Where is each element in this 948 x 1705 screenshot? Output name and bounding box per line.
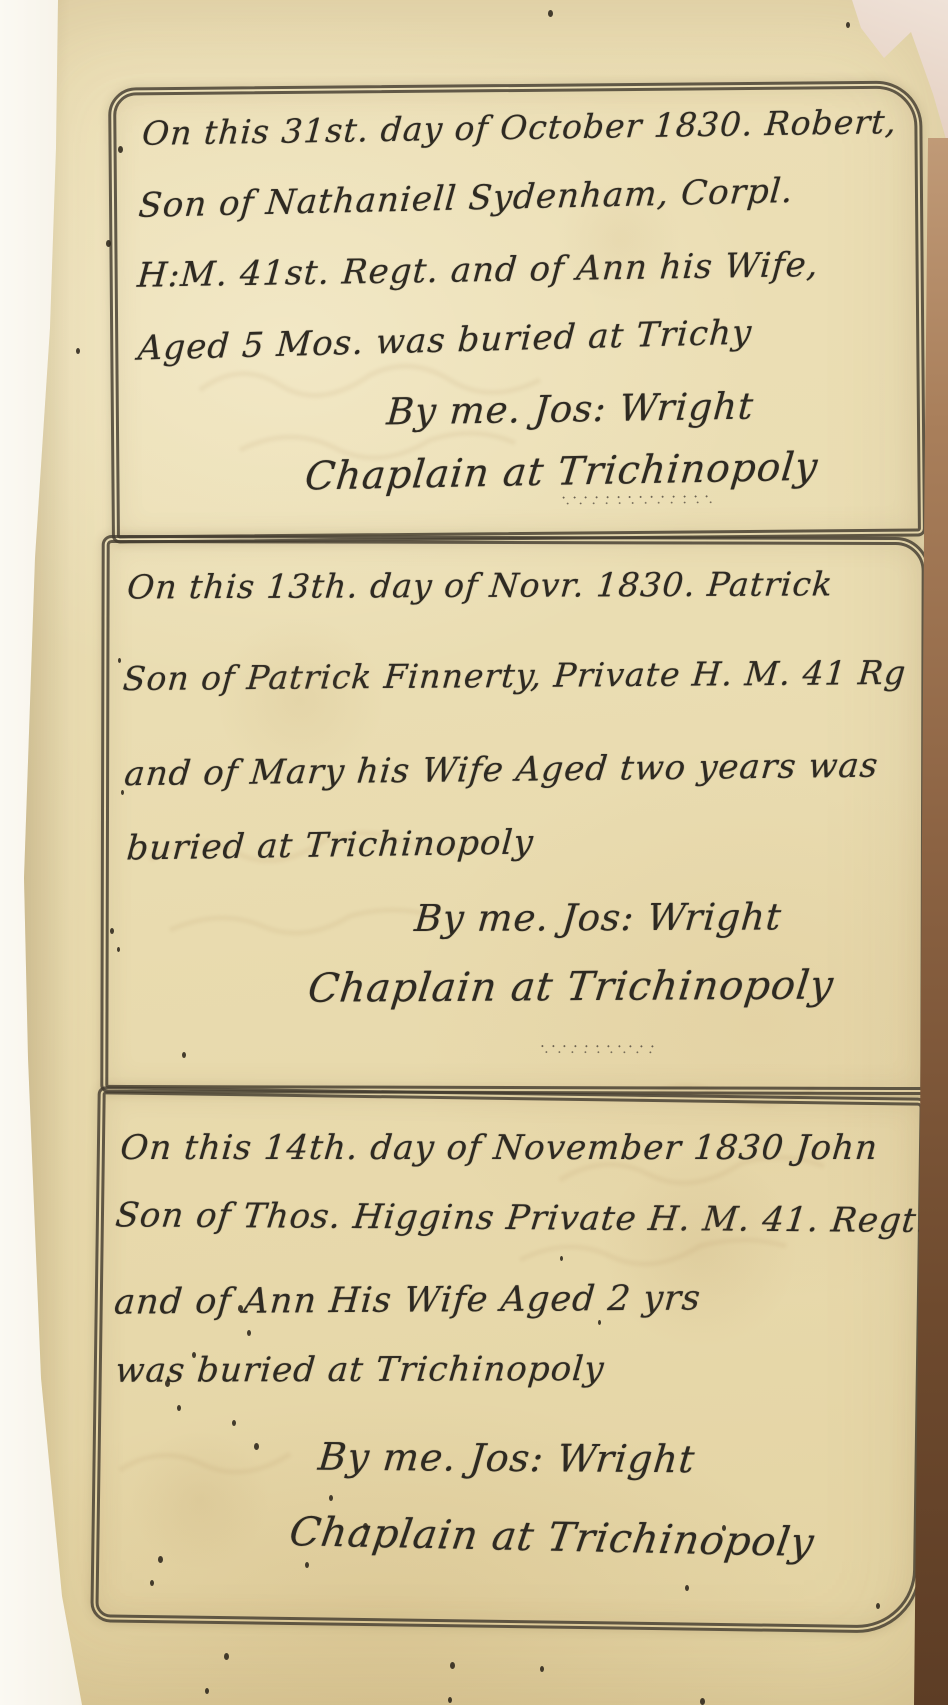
record-chaplain-line: Chaplain at Trichinopoly <box>306 963 837 1012</box>
ink-speck <box>238 1305 243 1312</box>
record-line: H:M. 41st. Regt. and of Ann his Wife, <box>136 245 820 296</box>
ink-speck <box>722 1525 726 1531</box>
register-paper-sheet: On this 31st. day of October 1830. Rober… <box>0 0 948 1705</box>
ink-speck <box>876 1603 880 1609</box>
ink-speck <box>12 806 16 812</box>
ink-speck <box>177 1405 181 1411</box>
ink-speck <box>30 52 35 59</box>
ink-speck <box>158 1556 163 1563</box>
burial-record-2: On this 13th. day of Novr. 1830. Patrick… <box>100 535 929 1095</box>
record-line: and of Ann His Wife Aged 2 yrs <box>113 1279 703 1323</box>
ink-dots-row <box>560 494 716 504</box>
ink-speck <box>232 1420 236 1426</box>
ink-speck <box>329 1495 333 1501</box>
ink-speck <box>540 1666 544 1672</box>
record-signature: By me. Jos: Wright <box>385 385 755 434</box>
record-line: was buried at Trichinopoly <box>114 1349 606 1391</box>
record-line: Son of Thos. Higgins Private H. M. 41. R… <box>113 1195 930 1241</box>
record-chaplain-line: Chaplain at Trichinopoly <box>287 1509 818 1566</box>
ink-speck <box>685 1585 689 1591</box>
ink-speck <box>598 1320 601 1325</box>
ink-speck <box>150 1580 154 1586</box>
record-line: and of Mary his Wife Aged two years was <box>123 746 881 795</box>
record-line: On this 13th. day of Novr. 1830. Patrick <box>126 564 835 606</box>
ink-speck <box>10 28 16 36</box>
ink-speck <box>363 1523 368 1530</box>
ink-speck <box>192 1352 196 1358</box>
record-line: On this 14th. day of November 1830 John <box>119 1128 880 1168</box>
ink-speck <box>305 1562 309 1568</box>
record-signature: By me. Jos: Wright <box>413 895 784 940</box>
ink-speck <box>448 1697 452 1703</box>
ink-speck <box>76 348 80 354</box>
record-line: Son of Nathaniell Sydenham, Corpl. <box>137 171 795 226</box>
ink-speck <box>846 22 850 28</box>
record-signature: By me. Jos: Wright <box>316 1435 697 1482</box>
record-line: Aged 5 Mos. was buried at Trichy <box>137 313 754 369</box>
ink-speck <box>117 947 120 952</box>
ink-speck <box>118 146 123 153</box>
ink-speck <box>450 1662 455 1669</box>
ink-speck <box>118 658 121 663</box>
ink-speck <box>254 1443 259 1450</box>
ink-dots-row <box>538 1044 658 1053</box>
ink-speck <box>247 1330 251 1336</box>
ink-speck <box>106 240 111 247</box>
ink-speck <box>110 928 114 934</box>
ink-speck <box>560 1256 563 1261</box>
record-line: On this 31st. day of October 1830. Rober… <box>141 102 899 153</box>
burial-record-1: On this 31st. day of October 1830. Rober… <box>108 80 926 543</box>
ink-speck <box>205 1688 209 1694</box>
ink-speck <box>224 1653 229 1660</box>
ink-speck <box>165 1380 170 1387</box>
record-line: Son of Patrick Finnerty, Private H. M. 4… <box>121 653 907 698</box>
record-line: buried at Trichinopoly <box>125 823 535 869</box>
ink-speck <box>548 10 553 17</box>
ink-speck <box>121 790 124 795</box>
ink-speck <box>700 1698 705 1705</box>
scanned-register-page: On this 31st. day of October 1830. Rober… <box>0 0 948 1705</box>
burial-record-3: On this 14th. day of November 1830 John … <box>90 1086 927 1634</box>
record-chaplain-line: Chaplain at Trichinopoly <box>303 445 821 500</box>
ink-speck <box>182 1052 186 1058</box>
